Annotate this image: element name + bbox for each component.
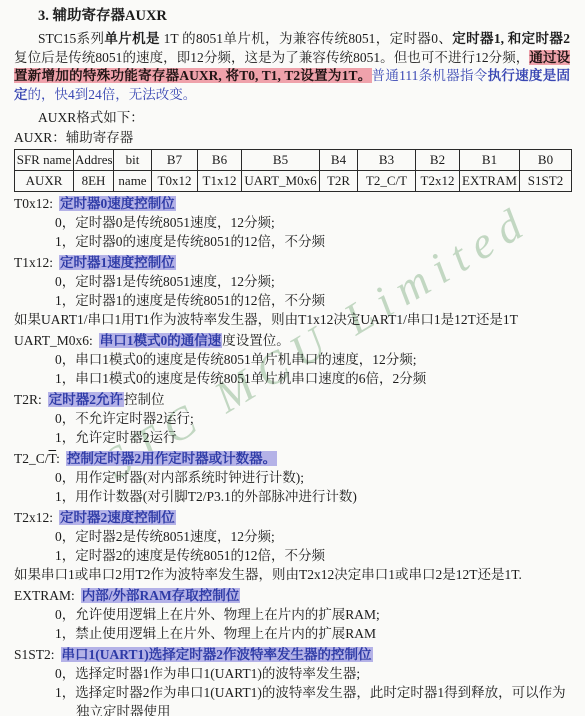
section-highlight: 串口1(UART1)选择定时器2作波特率发生器的控制位 [61,647,373,662]
section-label: T2x12: [14,510,53,525]
section-t0x12: T0x12:定时器0速度控制位 0，定时器0是传统8051速度，12分频; 1，… [14,194,570,251]
header-cell: B5 [242,150,320,171]
auxr-register-table: SFR name Address bit B7 B6 B5 B4 B3 B2 B… [14,149,572,192]
option-line: 1，串口1模式0的速度是传统8051单片机串口速度的6倍，2分频 [14,369,570,388]
header-cell: B0 [520,150,572,171]
value-cell: S1ST2 [520,171,572,192]
section-label: T2R: [14,392,42,407]
section-highlight: 串口1模式0的通信速 [99,333,223,348]
intro-text-bold: 单片机是 [104,31,160,46]
overlined-t: T [49,451,57,466]
section-head-rest: 度设置位。 [222,333,290,348]
value-cell: T2x12 [416,171,460,192]
option-line: 1，用作计数器(对引脚T2/P3.1的外部脉冲进行计数) [14,487,570,506]
section-highlight: 控制定时器2用作定时器或计数器。 [66,451,277,466]
option-line: 0，定时器1是传统8051速度，12分频; [14,272,570,291]
option-line: 0，不允许定时器2运行; [14,409,570,428]
section-highlight: 定时器1速度控制位 [59,255,176,270]
section-highlight: 内部/外部RAM存取控制位 [81,588,241,603]
section-label: EXTRAM: [14,588,75,603]
value-cell: AUXR [15,171,74,192]
header-cell: B2 [416,150,460,171]
header-cell: B4 [320,150,358,171]
header-cell: Address [74,150,114,171]
intro-text-bold: 定时器1, 和定时器2 [452,31,570,46]
section-t2-ct: T2_C/T:控制定时器2用作定时器或计数器。 0，用作定时器(对内部系统时钟进… [14,449,570,506]
option-line: 1，定时器0的速度是传统8051的12倍，不分频 [14,232,570,251]
header-cell: SFR name [15,150,74,171]
section-label: T2_C/T: [14,451,60,466]
section-extram: EXTRAM:内部/外部RAM存取控制位 0，允许使用逻辑上在片外、物理上在片内… [14,586,570,643]
option-line: 1，定时器1的速度是传统8051的12倍，不分频 [14,291,570,310]
section-t1x12: T1x12:定时器1速度控制位 0，定时器1是传统8051速度，12分频; 1，… [14,253,570,329]
section-highlight: 定时器2速度控制位 [59,510,176,525]
option-line: 0，允许使用逻辑上在片外、物理上在片内的扩展RAM; [14,605,570,624]
option-line: 0，定时器0是传统8051速度，12分频; [14,213,570,232]
value-cell: T2R [320,171,358,192]
register-line: AUXR：辅助寄存器 [14,128,570,147]
header-cell: B3 [358,150,416,171]
value-cell: name [114,171,152,192]
section-label: S1ST2: [14,647,55,662]
header-cell: B1 [460,150,520,171]
document-page: 3. 辅助寄存器AUXR STC15系列单片机是 1T 的8051单片机，为兼容… [0,0,585,716]
value-cell: UART_M0x6 [242,171,320,192]
intro-text-blue: 普通111条机器指令 [372,68,488,83]
section-t2x12: T2x12:定时器2速度控制位 0，定时器2是传统8051速度，12分频; 1，… [14,508,570,584]
section-head-rest: 控制位 [124,392,165,407]
value-cell: T0x12 [152,171,198,192]
section-uart-m0x6: UART_M0x6:串口1模式0的通信速度设置位。 0，串口1模式0的速度是传统… [14,331,570,388]
header-cell: B6 [198,150,242,171]
option-line: 0，串口1模式0的速度是传统8051单片机串口的速度，12分频; [14,350,570,369]
section-highlight: 定时器2允许 [48,392,124,407]
note-line: 如果UART1/串口1用T1作为波特率发生器，则由T1x12决定UART1/串口… [14,310,570,329]
section-highlight: 定时器0速度控制位 [59,196,176,211]
option-line: 1，禁止使用逻辑上在片外、物理上在片内的扩展RAM [14,624,570,643]
option-line: 1，选择定时器2作为串口1(UART1)的波特率发生器，此时定时器1得到释放，可… [14,683,570,716]
header-cell: B7 [152,150,198,171]
intro-text: 复位后是传统8051的速度，即12分频，这是为了兼容传统8051。但也可不进行1… [14,50,529,65]
intro-text: STC15系列 [38,31,104,46]
option-line: 1，定时器2的速度是传统8051的12倍，不分频 [14,546,570,565]
section-label: T0x12: [14,196,53,211]
option-line: 0，用作定时器(对内部系统时钟进行计数); [14,468,570,487]
table-header-row: SFR name Address bit B7 B6 B5 B4 B3 B2 B… [15,150,572,171]
table-value-row: AUXR 8EH name T0x12 T1x12 UART_M0x6 T2R … [15,171,572,192]
intro-paragraph: STC15系列单片机是 1T 的8051单片机，为兼容传统8051，定时器0、定… [14,30,570,104]
section-label: UART_M0x6: [14,333,93,348]
option-line: 0，定时器2是传统8051速度，12分频; [14,527,570,546]
intro-text: 1T 的8051单片机，为兼容传统8051，定时器0、 [160,31,452,46]
value-cell: T2_C/T [358,171,416,192]
page-title: 3. 辅助寄存器AUXR [38,7,570,25]
note-line: 如果串口1或串口2用T2作为波特率发生器，则由T2x12决定串口1或串口2是12… [14,565,570,584]
value-cell: EXTRAM [460,171,520,192]
section-s1st2: S1ST2:串口1(UART1)选择定时器2作波特率发生器的控制位 0，选择定时… [14,645,570,716]
option-line: 0，选择定时器1作为串口1(UART1)的波特率发生器; [14,664,570,683]
value-cell: 8EH [74,171,114,192]
format-line: AUXR格式如下： [38,108,570,127]
section-t2r: T2R:定时器2允许控制位 0，不允许定时器2运行; 1，允许定时器2运行 [14,390,570,447]
intro-text-blue: 的，快4到24倍，无法改变。 [28,87,197,102]
value-cell: T1x12 [198,171,242,192]
option-line: 1，允许定时器2运行 [14,428,570,447]
header-cell: bit [114,150,152,171]
section-label: T1x12: [14,255,53,270]
